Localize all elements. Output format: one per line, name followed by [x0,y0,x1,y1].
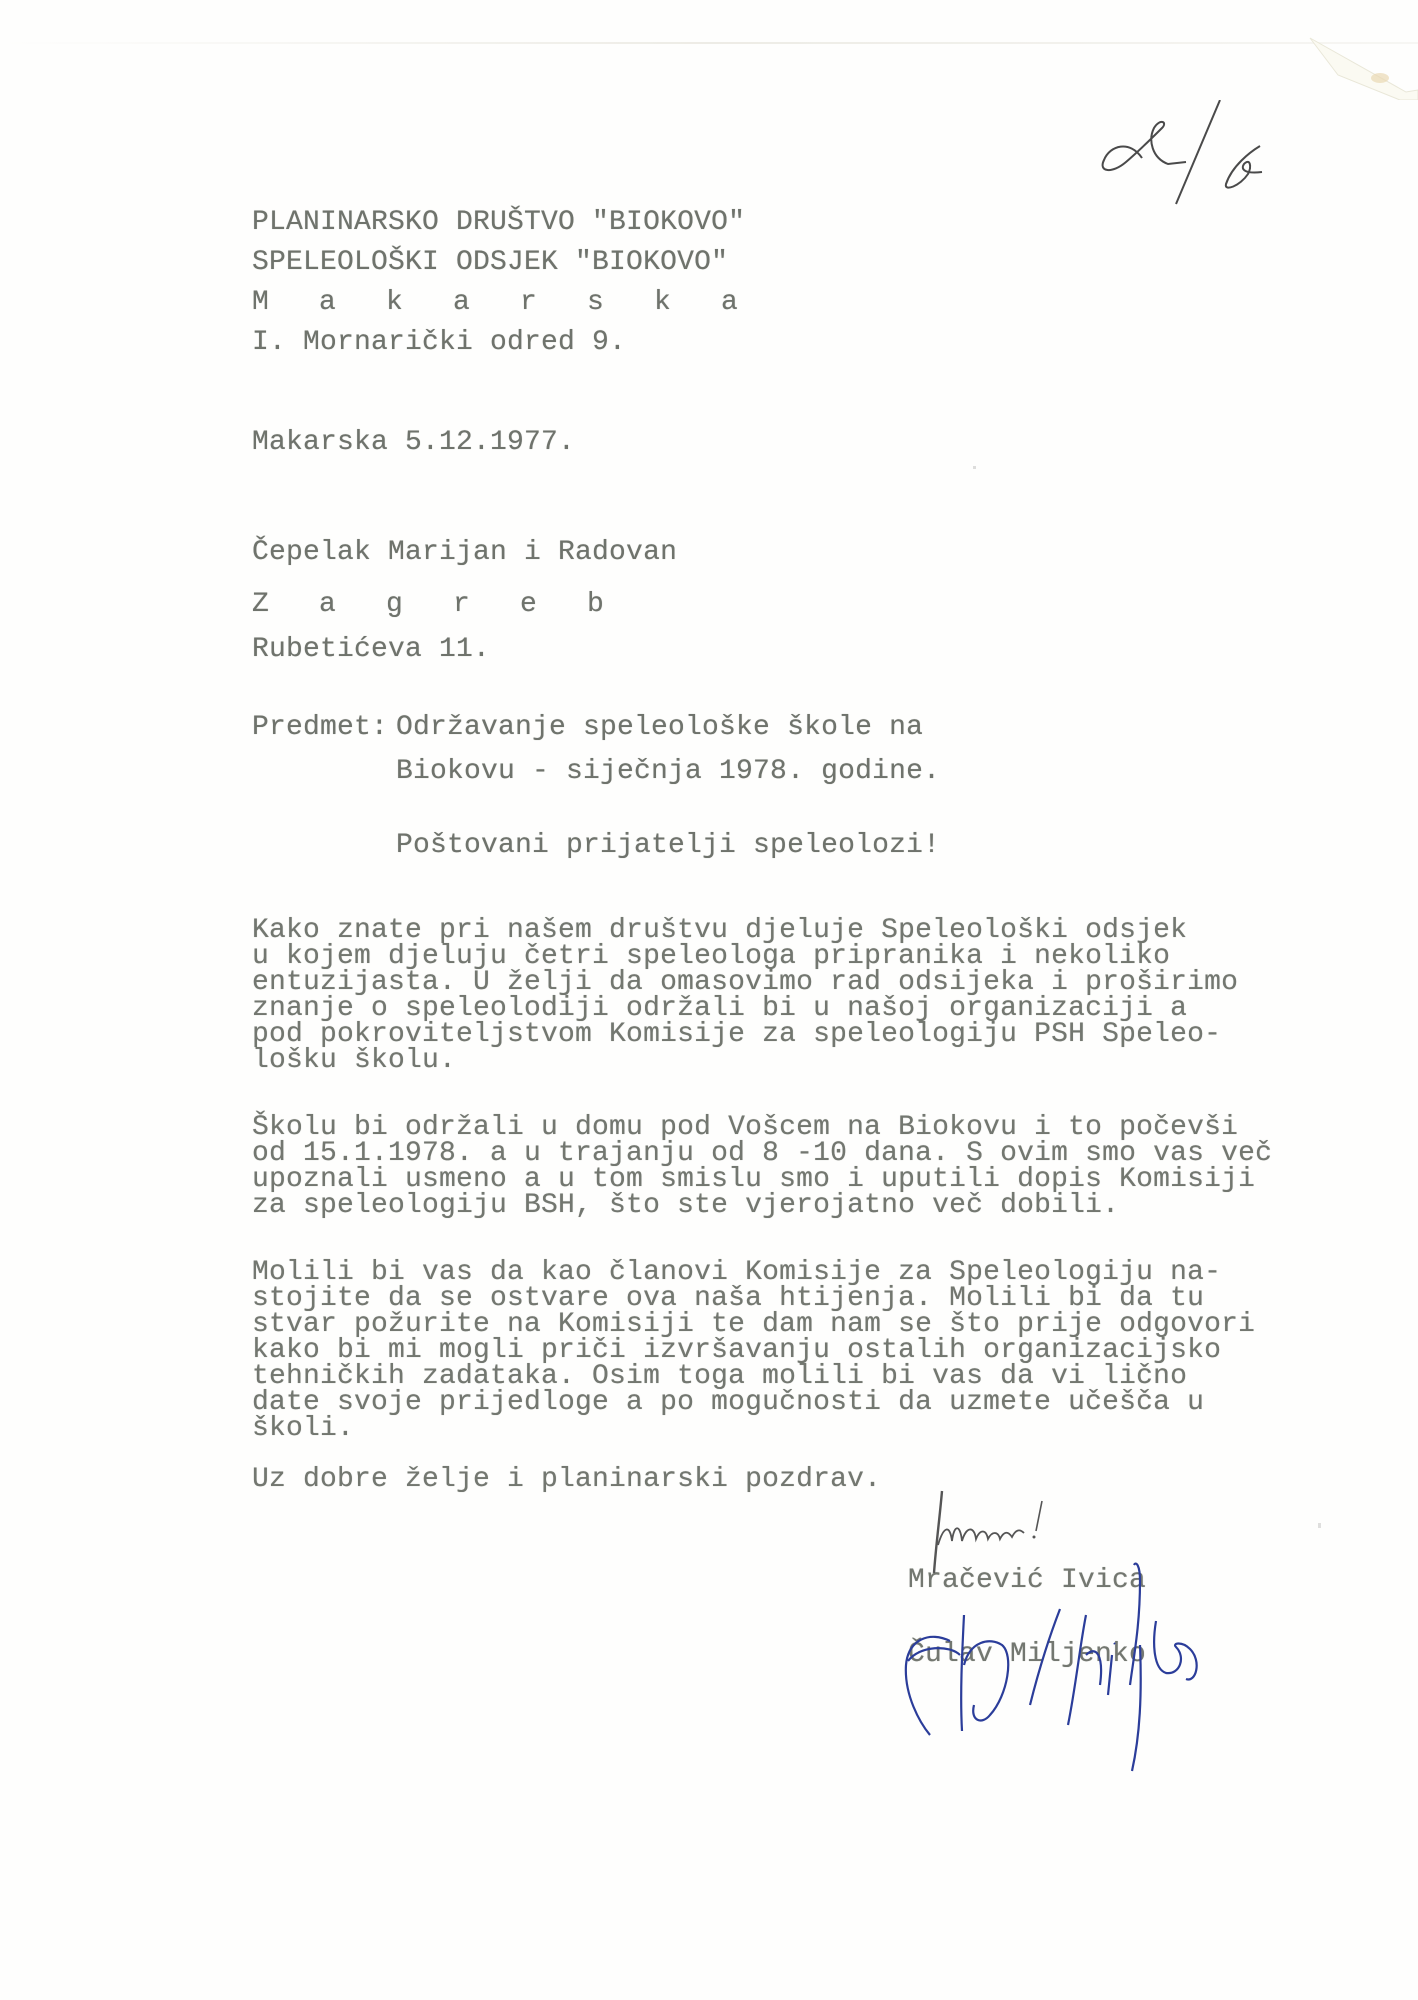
paragraph-line: lošku školu. [252,1043,456,1078]
recipient-city: Z a g r e b [252,587,604,622]
paper-speck [1318,1523,1321,1528]
subject-line-1: Održavanje speleološke škole na [396,710,923,745]
letterhead-club-name: PLANINARSKO DRUŠTVO "BIOKOVO" [252,205,745,240]
recipient-name: Čepelak Marijan i Radovan [252,535,677,570]
subject-line-2: Biokovu - siječnja 1978. godine. [396,754,940,789]
signatory-2-name: Čulav Miljenko [908,1637,1146,1672]
folded-corner-icon [1308,30,1418,100]
letterhead-city: M a k a r s k a [252,285,738,320]
letterhead-section-name: SPELEOLOŠKI ODSJEK "BIOKOVO" [252,245,728,280]
letter-page: PLANINARSKO DRUŠTVO "BIOKOVO" SPELEOLOŠK… [0,0,1418,2000]
paper-speck [973,466,976,469]
paper-top-edge [0,42,1418,44]
paragraph-line: školi. [252,1411,354,1446]
subject-label: Predmet: [252,710,388,745]
recipient-street: Rubetićeva 11. [252,632,490,667]
salutation: Poštovani prijatelji speleolozi! [396,828,940,863]
signatory-1-name: Mračević Ivica [908,1563,1146,1598]
paragraph-line: za speleologiju BSH, što ste vjerojatno … [252,1188,1119,1223]
paragraph-line: date svoje prijedloge a po mogučnosti da… [252,1385,1204,1420]
closing-line: Uz dobre želje i planinarski pozdrav. [252,1462,881,1497]
place-date: Makarska 5.12.1977. [252,425,575,460]
letterhead-address: I. Mornarički odred 9. [252,325,626,360]
handwritten-annotation-a-over-a [1090,100,1290,220]
